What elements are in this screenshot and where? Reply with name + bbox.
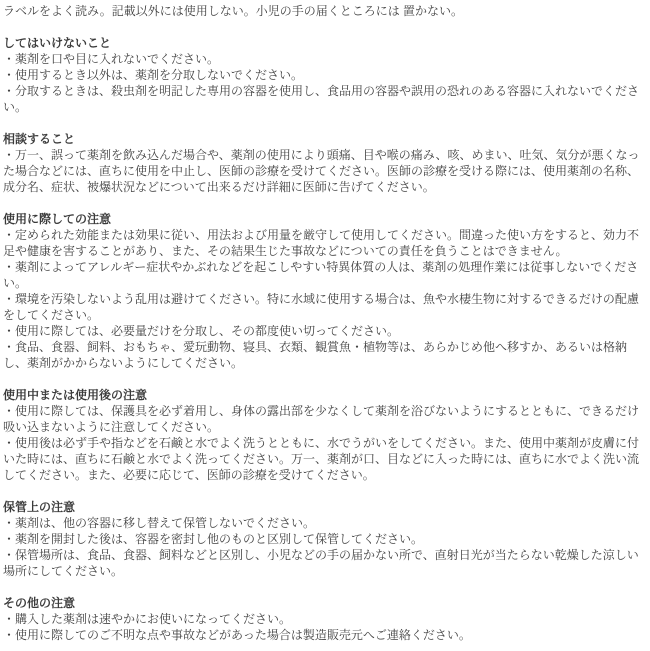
section-consult: 相談すること ・万一、誤って薬剤を飲み込んだ場合や、薬剤の使用により頭痛、目や喉…	[3, 131, 646, 195]
section-item: ・薬剤を開封した後は、容器を密封し他のものと区別して保管してください。	[3, 531, 646, 547]
section-storage: 保管上の注意 ・薬剤は、他の容器に移し替えて保管しないでください。 ・薬剤を開封…	[3, 499, 646, 579]
section-heading: 使用中または使用後の注意	[3, 387, 646, 403]
section-item: ・薬剤を口や目に入れないでください。	[3, 51, 646, 67]
section-heading: 使用に際しての注意	[3, 211, 646, 227]
section-item: ・環境を汚染しないよう乱用は避けてください。特に水域に使用する場合は、魚や水棲生…	[3, 291, 646, 323]
section-item: ・定められた効能または効果に従い、用法および用量を厳守して使用してください。間違…	[3, 227, 646, 259]
section-other: その他の注意 ・購入した薬剤は速やかにお使いになってください。 ・使用に際しての…	[3, 595, 646, 643]
section-item: ・購入した薬剤は速やかにお使いになってください。	[3, 611, 646, 627]
section-item: ・使用に際しては、必要量だけを分取し、その都度使い切ってください。	[3, 323, 646, 339]
section-item: ・使用に際してのご不明な点や事故などがあった場合は製造販売元へご連絡ください。	[3, 627, 646, 643]
section-during-after-use: 使用中または使用後の注意 ・使用に際しては、保護具を必ず着用し、身体の露出部を少…	[3, 387, 646, 483]
section-heading: してはいけないこと	[3, 35, 646, 51]
section-item: ・使用に際しては、保護具を必ず着用し、身体の露出部を少なくして薬剤を浴びないよう…	[3, 403, 646, 435]
section-heading: その他の注意	[3, 595, 646, 611]
section-heading: 保管上の注意	[3, 499, 646, 515]
section-heading: 相談すること	[3, 131, 646, 147]
section-item: ・分取するときは、殺虫剤を明記した専用の容器を使用し、食品用の容器や誤用の恐れの…	[3, 83, 646, 115]
section-item: ・薬剤によってアレルギー症状やかぶれなどを起こしやすい特異体質の人は、薬剤の処理…	[3, 259, 646, 291]
section-item: ・保管場所は、食品、食器、飼料などと区別し、小児などの手の届かない所で、直射日光…	[3, 547, 646, 579]
section-item: ・使用するとき以外は、薬剤を分取しないでください。	[3, 67, 646, 83]
section-donts: してはいけないこと ・薬剤を口や目に入れないでください。 ・使用するとき以外は、…	[3, 35, 646, 115]
section-item: ・薬剤は、他の容器に移し替えて保管しないでください。	[3, 515, 646, 531]
section-usage-precautions: 使用に際しての注意 ・定められた効能または効果に従い、用法および用量を厳守して使…	[3, 211, 646, 371]
section-item: ・万一、誤って薬剤を飲み込んだ場合や、薬剤の使用により頭痛、目や喉の痛み、咳、め…	[3, 147, 646, 195]
section-item: ・使用後は必ず手や指などを石鹸と水でよく洗うとともに、水でうがいをしてください。…	[3, 435, 646, 483]
section-item: ・食品、食器、飼料、おもちゃ、愛玩動物、寝具、衣類、観賞魚・植物等は、あらかじめ…	[3, 339, 646, 371]
intro-line: ラベルをよく読み。記載以外には使用しない。小児の手の届くところには 置かない。	[3, 3, 646, 19]
